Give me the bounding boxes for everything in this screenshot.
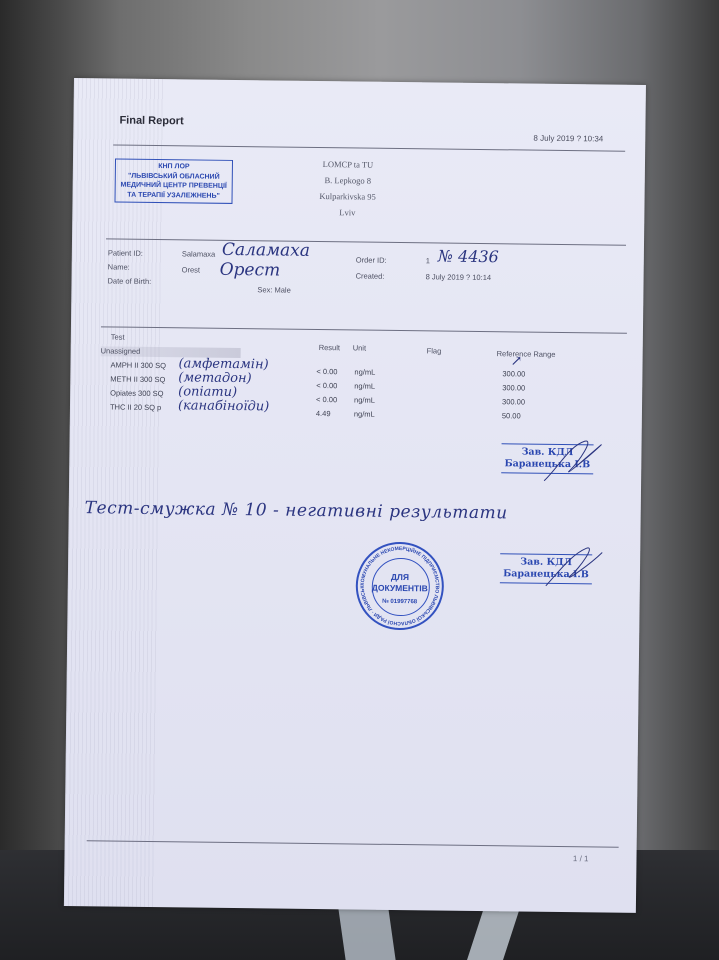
reference-value: 300.00	[502, 369, 525, 378]
footer-divider	[87, 840, 619, 847]
test-name: Opiates 300 SQ	[110, 388, 163, 398]
col-header-flag: Flag	[427, 346, 442, 355]
lab-street2: Kulparkivska 95	[282, 188, 412, 206]
result-value: < 0.00	[316, 395, 337, 404]
created-value: 8 July 2019 ? 10:14	[426, 272, 492, 282]
report-sheet: Final Report 8 July 2019 ? 10:34 КНП ЛОР…	[64, 78, 646, 913]
print-timestamp: 8 July 2019 ? 10:34	[533, 134, 603, 144]
name-label: Name:	[108, 262, 130, 271]
name-handwritten: Орест	[220, 260, 281, 281]
reference-value: 50.00	[502, 411, 521, 420]
results-table: AMPH II 300 SQ< 0.00ng/mL300.00(амфетамі…	[74, 78, 646, 85]
report-title: Final Report	[119, 115, 183, 128]
dob-label: Date of Birth:	[107, 276, 151, 286]
unit-value: ng/mL	[354, 381, 375, 390]
col-header-reference: Reference Range	[497, 349, 556, 359]
seal-center-line2: ДОКУМЕНТІВ	[358, 583, 442, 594]
signature-scribble-icon	[539, 436, 610, 487]
order-id-label: Order ID:	[356, 255, 387, 264]
handwritten-note: Тест-смужка № 10 - негативні результати	[85, 498, 508, 523]
reference-value: 300.00	[502, 397, 525, 406]
divider	[101, 326, 627, 333]
unit-value: ng/mL	[354, 409, 375, 418]
result-value: < 0.00	[316, 381, 337, 390]
divider	[113, 144, 625, 151]
sex-value: Male	[274, 285, 290, 294]
lab-city: Lviv	[282, 204, 412, 222]
order-id-handwritten: № 4436	[438, 246, 499, 266]
name-value: Orest	[182, 265, 200, 274]
clinic-stamp: КНП ЛОР "ЛЬВІВСЬКИЙ ОБЛАСНИЙ МЕДИЧНИЙ ЦЕ…	[114, 159, 233, 204]
sex-field: Sex: Male	[257, 285, 290, 294]
order-id-value: 1	[426, 256, 430, 265]
col-header-result: Result	[319, 343, 340, 352]
col-header-test: Test	[111, 332, 125, 341]
group-label: Unassigned	[101, 346, 141, 355]
created-label: Created:	[356, 271, 385, 280]
test-name: THC II 20 SQ p	[110, 402, 161, 412]
seal-center-line1: ДЛЯ	[358, 572, 442, 583]
handwritten-annotation: (канабіноїди)	[178, 398, 269, 414]
col-header-unit: Unit	[353, 343, 366, 352]
reference-value: 300.00	[502, 383, 525, 392]
round-seal-stamp: КОМУНАЛЬНЕ НЕКОМЕРЦІЙНЕ ПІДПРИЄМСТВО ЛЬВ…	[355, 541, 444, 630]
test-name: AMPH II 300 SQ	[110, 360, 166, 370]
signature-scribble-icon	[538, 542, 609, 593]
unit-value: ng/mL	[354, 367, 375, 376]
page-number: 1 / 1	[573, 854, 589, 863]
sex-label: Sex:	[257, 285, 272, 294]
test-name: METH II 300 SQ	[110, 374, 165, 384]
lab-street: B. Lepkogo 8	[283, 172, 413, 190]
divider	[106, 238, 626, 245]
lab-address: LOMCP ta TU B. Lepkogo 8 Kulparkivska 95…	[282, 156, 413, 222]
unit-value: ng/mL	[354, 395, 375, 404]
patient-id-label: Patient ID:	[108, 248, 143, 257]
result-value: < 0.00	[316, 367, 337, 376]
result-value: 4.49	[316, 409, 331, 418]
patient-id-handwritten: Саламаха	[222, 240, 310, 261]
clinic-stamp-line: ТА ТЕРАПІЇ УЗАЛЕЖНЕНЬ"	[116, 190, 232, 201]
lab-name: LOMCP ta TU	[283, 156, 413, 174]
patient-id-value: Salamaxa	[182, 249, 215, 258]
seal-number: № 01997768	[358, 599, 442, 606]
